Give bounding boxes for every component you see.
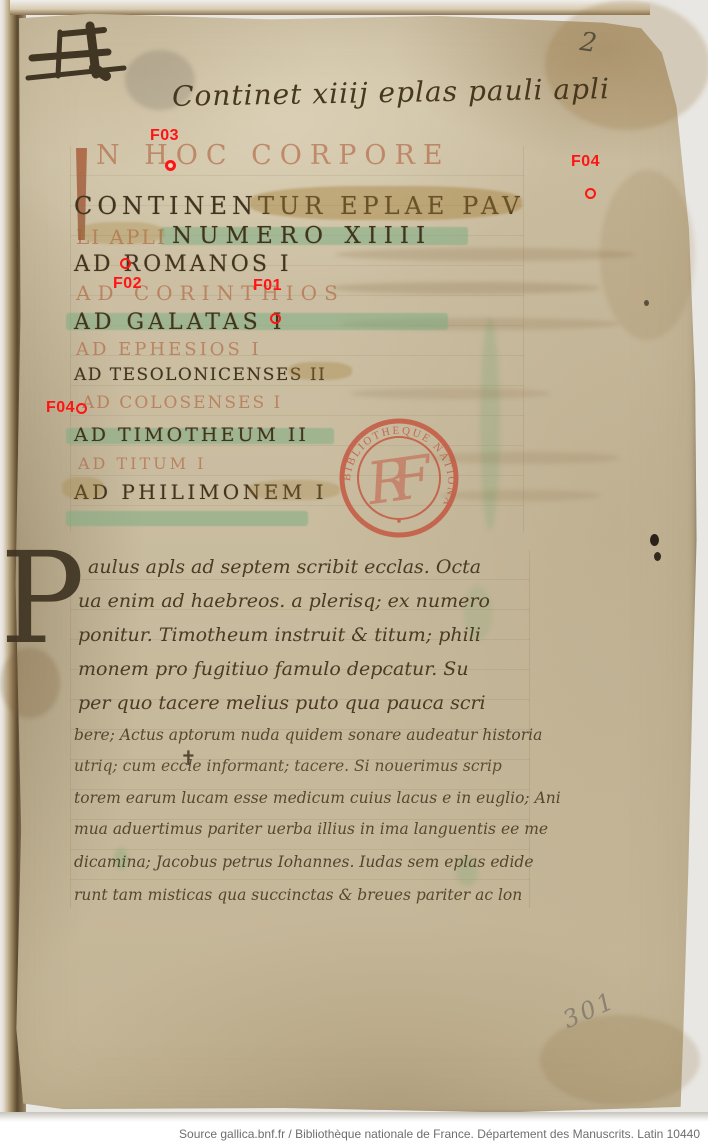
paragraph-line: utriq; cum eccle informant; tacere. Si n… [74,757,502,775]
damage-patch [248,480,340,500]
paragraph-line: ua enim ad haebreos. a plerisq; ex numer… [78,590,490,612]
annotation-label-f04-right: F04 [571,153,600,171]
capitula-line: AD GALATAS I [74,310,285,335]
correction-cross-mark: ✝ [180,746,197,770]
capitula-line: AD COLOSENSES I [82,393,282,413]
paragraph-line: dicamina; Jacobus petrus Iohannes. Iudas… [74,853,534,871]
annotation-label-f02: F02 [113,275,142,293]
capitula-line: AD EPHESIOS I [76,339,262,360]
bleedthrough-smudge [350,388,550,399]
library-stamp: BIBLIOTHEQUE NATIONALE RF [337,416,461,540]
bleedthrough-smudge [440,490,600,501]
annotation-point-f03[interactable] [165,160,176,171]
pen-trial-mark [20,18,140,88]
initial-p: P [0,536,85,662]
paragraph-line: bere; Actus aptorum nuda quidem sonare a… [74,726,542,744]
bleedthrough-smudge [335,248,635,261]
highlight-band [66,511,308,526]
damage-patch [78,222,164,244]
annotation-point-f02[interactable] [120,258,131,269]
adjacent-leaf-edge [10,0,650,15]
folio-number: 2 [578,27,599,59]
paragraph-line: mua aduertimus pariter uerba illius in i… [74,820,548,838]
paragraph-line: ponitur. Timotheum instruit & titum; phi… [78,624,481,646]
annotation-label-f03: F03 [150,127,179,145]
bleedthrough-smudge [330,282,600,294]
annotation-point-f04-right[interactable] [585,188,596,199]
manuscript-viewer: Continet xiiij eplas pauli apli 2 N HOC … [0,0,708,1148]
paragraph-line: torem earum lucam esse medicum cuius lac… [74,789,561,807]
ink-spot [650,534,659,546]
annotation-point-f01[interactable] [270,313,281,324]
annotation-label-f01: F01 [253,277,282,295]
ink-spot [644,300,649,306]
damage-patch [250,186,522,220]
capitula-line: AD ROMANOS I [74,252,292,277]
capitula-line: AD TIMOTHEUM II [74,424,309,446]
paragraph-line: runt tam misticas qua succinctas & breue… [74,886,522,904]
paragraph-line: per quo tacere melius puto qua pauca scr… [78,692,486,714]
damage-patch [288,362,352,380]
stain [540,1015,700,1105]
paragraph-line: aulus apls ad septem scribit ecclas. Oct… [88,556,481,578]
capitula-line: NUMERO XIIII [172,223,432,249]
damage-patch [62,477,104,499]
paragraph-line: monem pro fugitiuo famulo depcatur. Su [78,658,469,680]
ink-spot [654,552,661,561]
footer-source-text: Source gallica.bnf.fr / Bibliothèque nat… [179,1127,700,1141]
stain [545,0,708,130]
annotation-label-f04-left: F04 [46,399,75,417]
annotation-point-f04-left[interactable] [76,403,87,414]
capitula-line: AD TITUM I [78,454,206,473]
footer-fade [0,1112,708,1122]
stamp-monogram: RF [362,442,437,519]
